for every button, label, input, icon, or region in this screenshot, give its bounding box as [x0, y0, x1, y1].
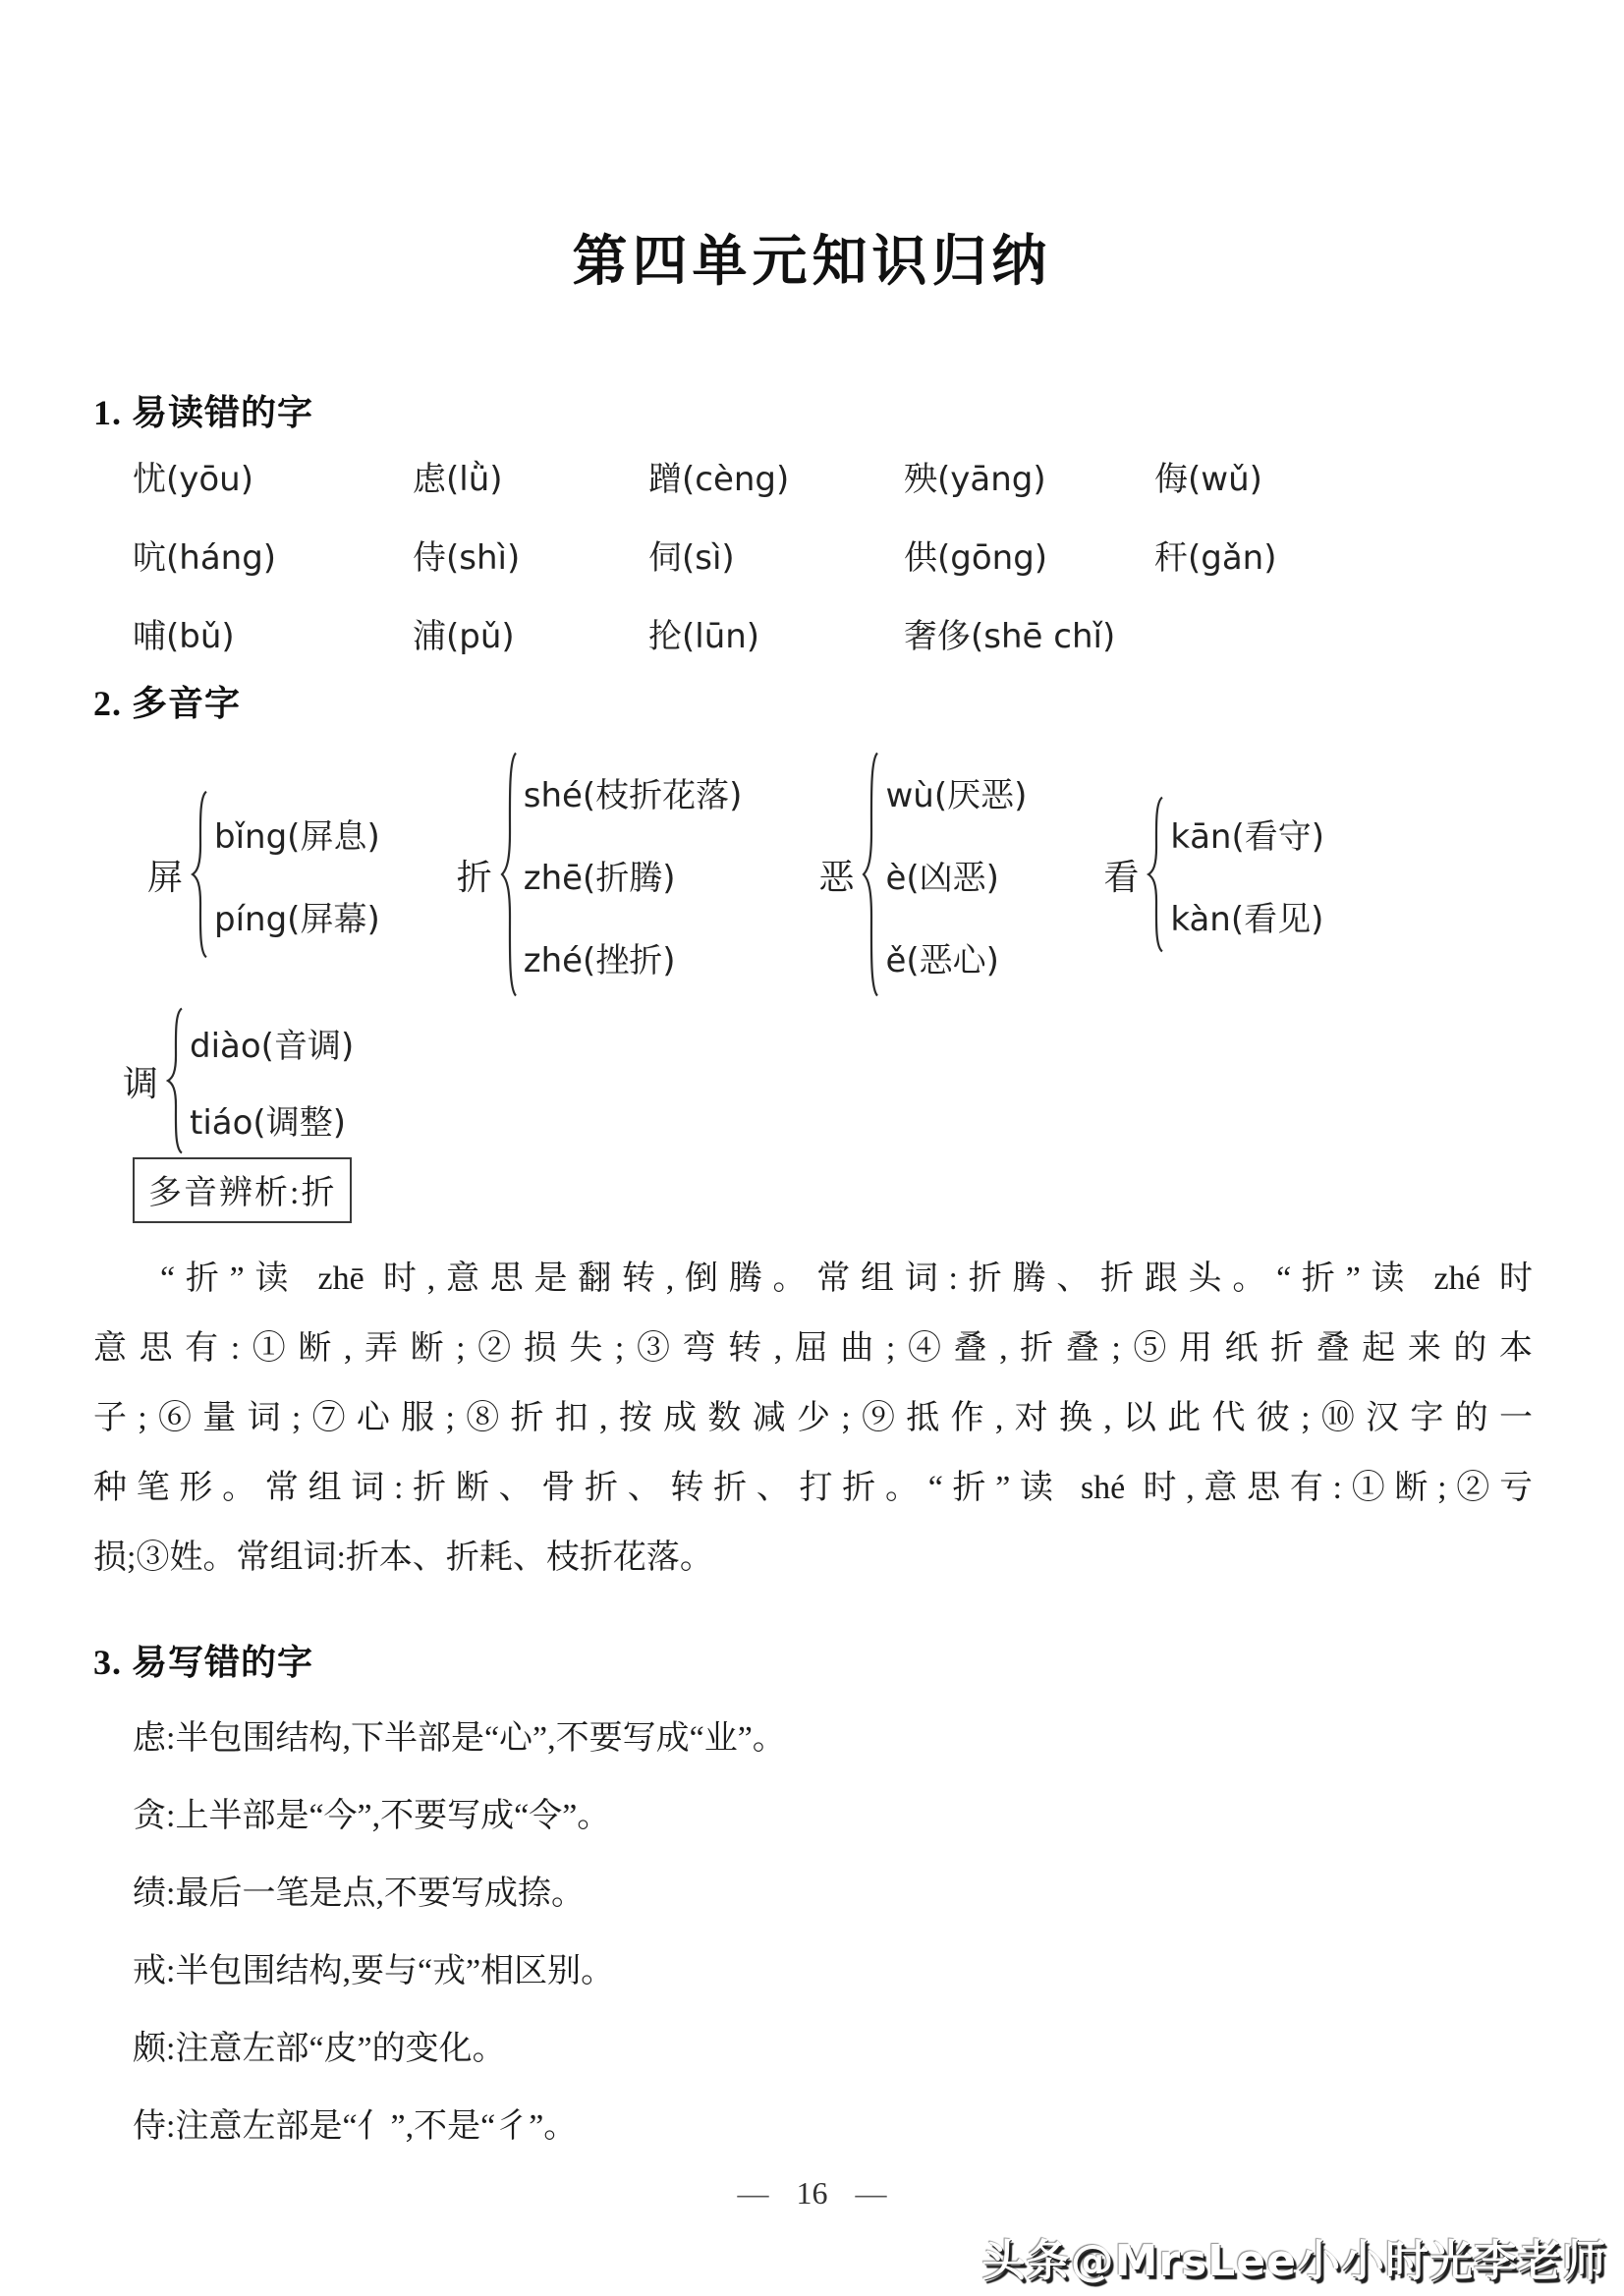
section1-heading: 1. 易读错的字	[93, 385, 313, 435]
polyphone-entry: kān(看守)	[1170, 792, 1324, 874]
polyphone-entry: wù(厌恶)	[885, 751, 1027, 833]
section3-heading: 3. 易写错的字	[93, 1635, 313, 1685]
polyphone-entry: kàn(看见)	[1170, 874, 1324, 957]
pinyin-row-2: 吭(háng) 侍(shì) 伺(sì) 供(gōng) 秆(gǎn)	[93, 523, 1538, 586]
paragraph-line: 意思有:①断,弄断;②损失;③弯转,屈曲;④叠,折叠;⑤用纸折叠起来的本	[93, 1314, 1533, 1383]
pinyin-row-1: 忧(yōu) 虑(lǜ) 蹭(cèng) 殃(yāng) 侮(wǔ)	[93, 444, 1538, 507]
polyphone-entry: è(凶恶)	[885, 833, 1027, 916]
footer-dash: —	[738, 2175, 769, 2211]
pinyin-item: 供(gōng)	[904, 531, 1154, 579]
miswritten-item: 虑:半包围结构,下半部是“心”,不要写成“业”。	[133, 1700, 1538, 1777]
miswritten-item: 侍:注意左部是“亻”,不是“彳”。	[133, 2088, 1538, 2165]
polyphone-group-e: 恶 wù(厌恶) è(凶恶) ě(恶心)	[818, 751, 1027, 998]
paragraph-line: “折”读 zhē 时,意思是翻转,倒腾。常组词:折腾、折跟头。“折”读 zhé …	[93, 1244, 1533, 1314]
polyphone-analysis-label: 多音辨析:折	[133, 1157, 352, 1223]
pinyin-item: 哺(bǔ)	[133, 609, 413, 657]
pinyin-item: 抡(lūn)	[648, 609, 904, 657]
polyphone-char: 恶	[818, 850, 854, 900]
polyphone-char: 调	[123, 1056, 158, 1106]
pinyin-item: 奢侈(shē chǐ)	[904, 609, 1154, 657]
section2-heading: 2. 多音字	[93, 676, 241, 726]
polyphone-entry: bǐng(屏息)	[214, 792, 380, 874]
polyphone-entry: shé(枝折花落)	[524, 751, 743, 833]
polyphone-entry: píng(屏幕)	[214, 874, 380, 957]
pinyin-row-3: 哺(bǔ) 浦(pǔ) 抡(lūn) 奢侈(shē chǐ)	[93, 601, 1538, 664]
brace-icon	[190, 790, 209, 959]
polyphone-group-zhe: 折 shé(枝折花落) zhē(折腾) zhé(挫折)	[457, 751, 743, 998]
watermark-text: 头条@MrsLee小小时光李老师	[982, 2225, 1606, 2288]
brace-icon	[1146, 796, 1165, 953]
polyphone-groups-row: 屏 bǐng(屏息) píng(屏幕) 折 shé(枝折花落) zhē(折腾) …	[93, 749, 1538, 1000]
polyphone-entry: ě(恶心)	[885, 916, 1027, 998]
brace-icon	[499, 751, 519, 998]
polyphone-entry: diào(音调)	[190, 1004, 354, 1081]
polyphone-group-ping: 屏 bǐng(屏息) píng(屏幕)	[147, 790, 380, 959]
miswritten-characters-list: 虑:半包围结构,下半部是“心”,不要写成“业”。 贪:上半部是“今”,不要写成“…	[133, 1700, 1538, 2165]
pinyin-item: 虑(lǜ)	[413, 452, 648, 500]
page-title: 第四单元知识归纳	[0, 218, 1624, 297]
miswritten-item: 颇:注意左部“皮”的变化。	[133, 2010, 1538, 2088]
pinyin-item: 殃(yāng)	[904, 452, 1154, 500]
polyphone-entry: zhé(挫折)	[524, 916, 743, 998]
paragraph-line: 损;③姓。常组词:折本、折耗、枝折花落。	[93, 1523, 1533, 1593]
pinyin-item: 侮(wǔ)	[1154, 452, 1538, 500]
paragraph-line: 种笔形。常组词:折断、骨折、转折、打折。“折”读 shé 时,意思有:①断;②亏	[93, 1453, 1533, 1523]
pinyin-item: 吭(háng)	[133, 531, 413, 579]
analysis-paragraph: “折”读 zhē 时,意思是翻转,倒腾。常组词:折腾、折跟头。“折”读 zhé …	[93, 1244, 1533, 1593]
pinyin-item: 浦(pǔ)	[413, 609, 648, 657]
polyphone-group-kan: 看 kān(看守) kàn(看见)	[1103, 792, 1324, 957]
brace-icon	[861, 751, 880, 998]
paragraph-line: 子;⑥量词;⑦心服;⑧折扣,按成数减少;⑨抵作,对换,以此代彼;⑩汉字的一	[93, 1383, 1533, 1453]
pinyin-item: 蹭(cèng)	[648, 452, 904, 500]
page-number: 16	[797, 2175, 828, 2211]
polyphone-entry: tiáo(调整)	[190, 1081, 354, 1157]
miswritten-item: 贪:上半部是“今”,不要写成“令”。	[133, 1777, 1538, 1855]
polyphone-char: 折	[457, 850, 492, 900]
footer-dash: —	[856, 2175, 887, 2211]
pinyin-item: 侍(shì)	[413, 531, 648, 579]
polyphone-group-tiao: 调 diào(音调) tiáo(调整)	[123, 1004, 354, 1157]
pinyin-item: 伺(sì)	[648, 531, 904, 579]
polyphone-entry: zhē(折腾)	[524, 833, 743, 916]
page-number-footer: —16—	[0, 2175, 1624, 2212]
pinyin-item: 秆(gǎn)	[1154, 531, 1538, 579]
miswritten-item: 戒:半包围结构,要与“戎”相区别。	[133, 1932, 1538, 2010]
polyphone-char: 看	[1103, 850, 1139, 900]
pinyin-item: 忧(yōu)	[133, 452, 413, 500]
miswritten-item: 绩:最后一笔是点,不要写成捺。	[133, 1855, 1538, 1932]
polyphone-char: 屏	[147, 850, 183, 900]
brace-icon	[165, 1007, 185, 1154]
